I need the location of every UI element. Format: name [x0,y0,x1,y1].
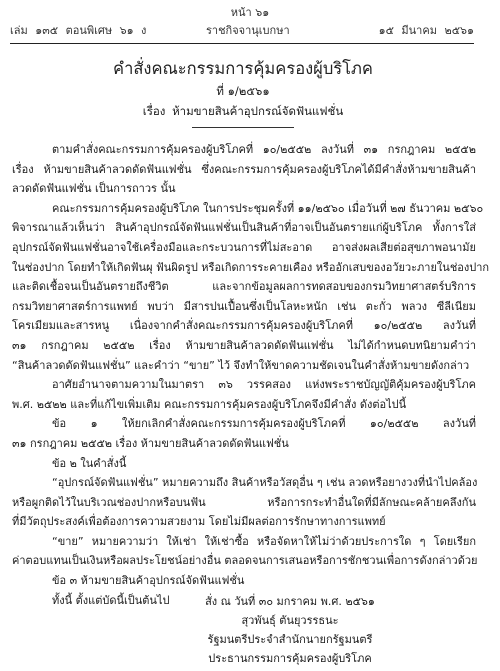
body-line: และติดเชื้อจนเป็นอันตรายถึงชีวิต และจากข… [12,277,476,297]
volume-info: เล่ม ๑๓๕ ตอนพิเศษ ๖๑ ง [10,23,146,39]
body-line: ที่มีวัตถุประสงค์เพื่อต้องการความสวยงาม … [12,512,476,532]
body-line: ในช่องปาก โดยทำให้เกิดฟันผุ ฟันผิดรูป หร… [12,258,476,278]
issued-date: สั่ง ณ วันที่ ๓๐ มกราคม พ.ศ. ๒๕๖๑ [190,592,390,611]
body-line: อาศัยอำนาจตามความในมาตรา ๓๖ วรรคสอง แห่ง… [12,375,476,395]
clause-3: ข้อ ๓ ห้ามขายสินค้าอุปกรณ์จัดฟันแฟชั่น [12,571,476,591]
body-line: หรือผูกติดไว้ในบริเวณช่องปากหรือบนฟัน หร… [12,493,476,513]
body-line: เรื่อง ห้ามขายสินค้าลวดดัดฟันแฟชั่น ซึ่ง… [12,160,476,180]
document-title: คำสั่งคณะกรรมการคุ้มครองผู้บริโภค [0,58,486,80]
document-body: ตามคำสั่งคณะกรรมการคุ้มครองผู้บริโภคที่ … [12,140,476,610]
page-number: หน้า ๖๑ [0,6,500,20]
body-line: ค่าตอบแทนเป็นเงินหรือผลประโยชน์อย่างอื่น… [12,551,476,571]
body-line: ๓๑ กรกฎาคม ๒๕๕๒ เรื่อง ห้ามขายสินค้าลวดด… [12,336,476,356]
gazette-page: หน้า ๖๑ เล่ม ๑๓๕ ตอนพิเศษ ๖๑ ง ราชกิจจาน… [0,0,500,671]
body-line: กรมวิทยาศาสตร์การแพทย์ พบว่า มีสารปนเปื้… [12,297,476,317]
title-divider [192,127,294,128]
signatory-position: ประธานกรรมการคุ้มครองผู้บริโภค [190,649,390,668]
definition-sell: “ขาย” หมายความว่า ให้เช่า ให้เช่าซื้อ หร… [12,532,476,552]
body-line: ๓๑ กรกฎาคม ๒๕๕๒ เรื่อง ห้ามขายสินค้าลวดด… [12,434,476,454]
order-number: ที่ ๑/๒๕๖๑ [0,83,486,99]
gazette-name: ราชกิจจานุเบกษา [206,23,290,39]
body-line: อุปกรณ์จัดฟันแฟชั่นอาจใช้เครื่องมือและกร… [12,238,476,258]
signatory-position: รัฐมนตรีประจำสำนักนายกรัฐมนตรี [190,630,390,649]
definition-fashion-braces: “อุปกรณ์จัดฟันแฟชั่น” หมายความถึง สินค้า… [12,473,476,493]
body-line: คณะกรรมการคุ้มครองผู้บริโภค ในการประชุมค… [12,199,476,219]
signatory-name: สุวพันธุ์ ตันยุวรรธนะ [190,611,390,630]
body-line: พ.ศ. ๒๕๒๒ และที่แก้ไขเพิ่มเติม คณะกรรมกา… [12,395,476,415]
gazette-header: เล่ม ๑๓๕ ตอนพิเศษ ๖๑ ง ราชกิจจานุเบกษา ๑… [10,23,474,39]
body-line: พิจารณาแล้วเห็นว่า สินค้าอุปกรณ์จัดฟันแฟ… [12,218,476,238]
signature-block: สั่ง ณ วันที่ ๓๐ มกราคม พ.ศ. ๒๕๖๑ สุวพัน… [190,592,390,668]
body-line: โครเมียมและสารหนู เนื่องจากคำสั่งคณะกรรม… [12,316,476,336]
document-subject: เรื่อง ห้ามขายสินค้าอุปกรณ์จัดฟันแฟชั่น [0,103,486,119]
body-line: ลวดดัดฟันแฟชั่น เป็นการถาวร นั้น [12,179,476,199]
clause-1: ข้อ ๑ ให้ยกเลิกคำสั่งคณะกรรมการคุ้มครองผ… [12,414,476,434]
clause-2: ข้อ ๒ ในคำสั่งนี้ [12,454,476,474]
publication-date: ๑๕ มีนาคม ๒๕๖๑ [379,23,474,39]
body-line: ตามคำสั่งคณะกรรมการคุ้มครองผู้บริโภคที่ … [12,140,476,160]
header-divider [10,43,474,44]
body-line: “สินค้าลวดดัดฟันแฟชั่น” และคำว่า “ขาย” ไ… [12,356,476,376]
